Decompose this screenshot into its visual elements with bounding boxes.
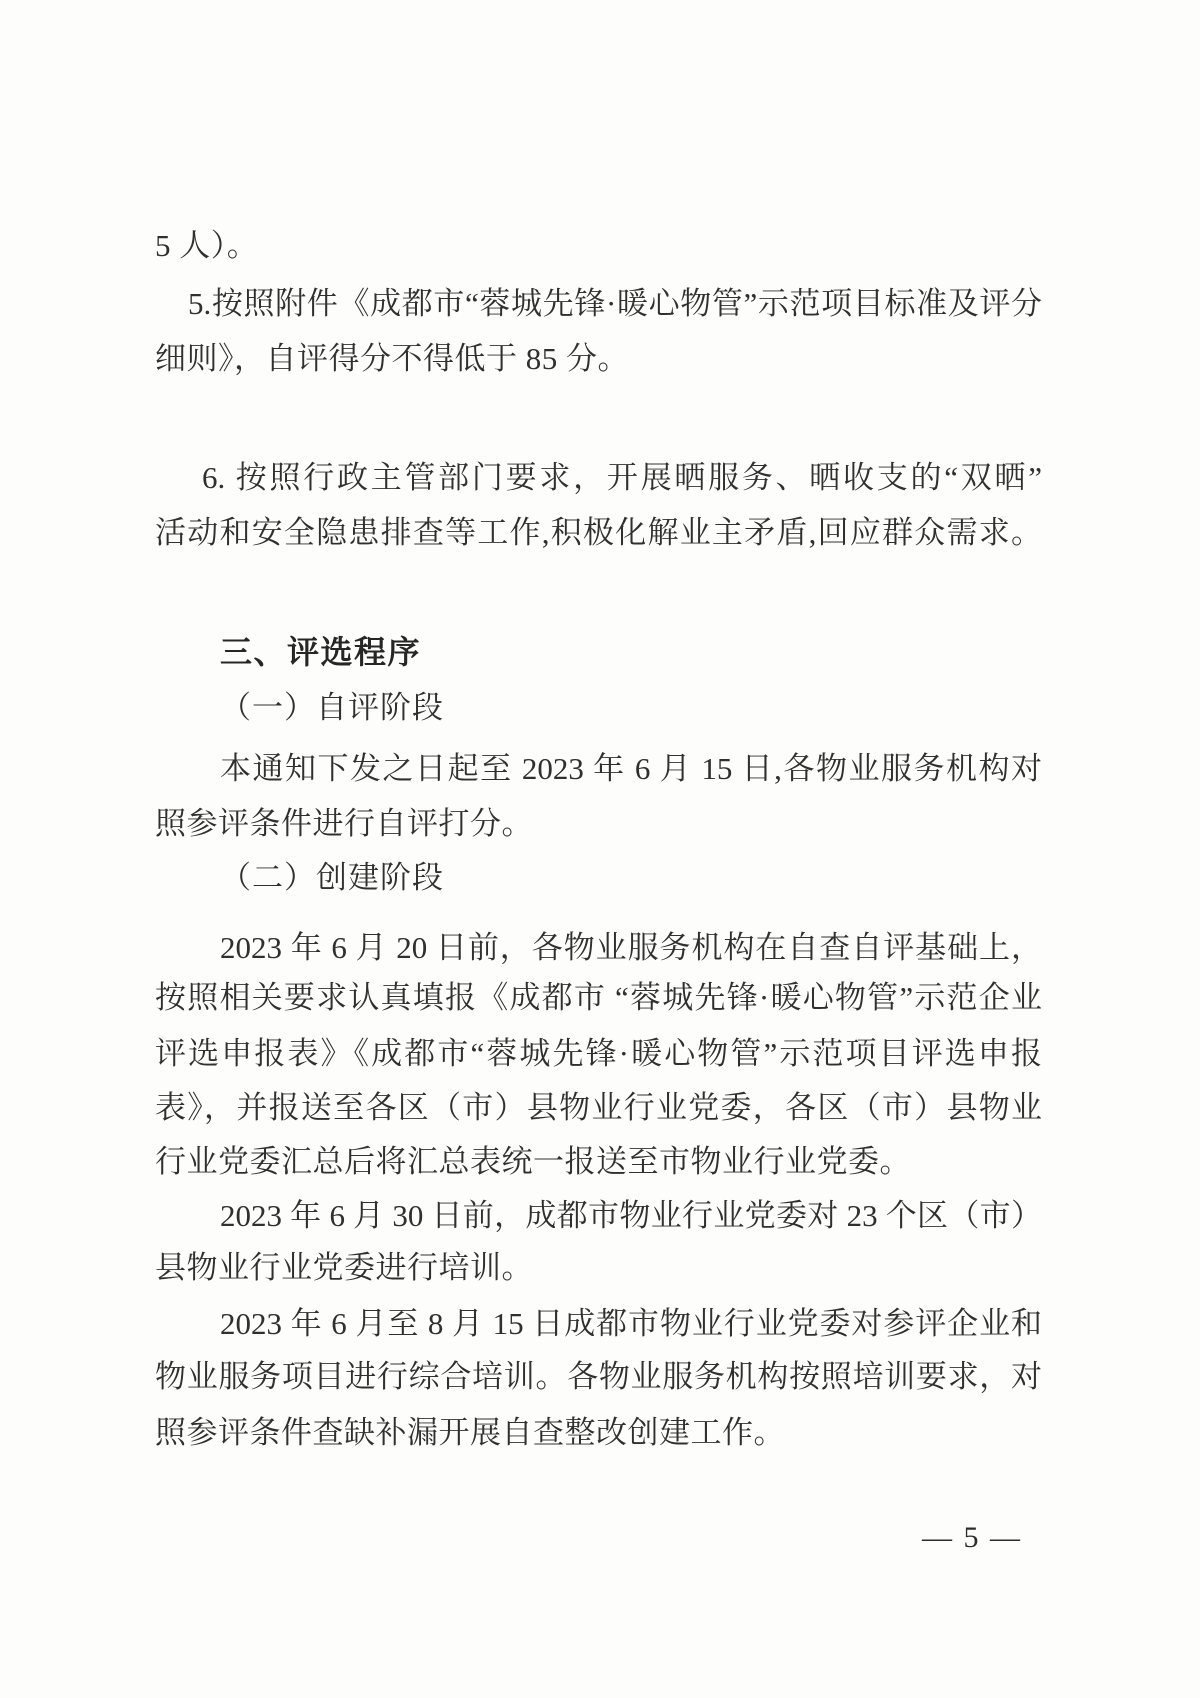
text-line: 按照相关要求认真填报《成都市 “蓉城先锋·暖心物管”示范企业 [155, 970, 1042, 1026]
text-line: 照参评条件进行自评打分。 [155, 796, 1042, 852]
text-line: 表》，并报送至各区（市）县物业行业党委，各区（市）县物业 [155, 1080, 1042, 1136]
text-line: 2023 年 6 月 20 日前，各物业服务机构在自查自评基础上， [155, 920, 1042, 976]
section-heading: 三、评选程序 [155, 624, 1042, 680]
subsection-heading: （一）自评阶段 [155, 680, 1042, 736]
text-line: 县物业行业党委进行培训。 [155, 1240, 1042, 1296]
text-line: 细则》，自评得分不得低于 85 分。 [155, 331, 1042, 387]
document-body: 5 人）。 5.按照附件《成都市“蓉城先锋·暖心物管”示范项目标准及评分 细则》… [155, 0, 1042, 1698]
text-line: 6. 按照行政主管部门要求，开展晒服务、晒收支的“双晒” [155, 450, 1042, 506]
text-line: 评选申报表》《成都市“蓉城先锋·暖心物管”示范项目评选申报 [155, 1026, 1042, 1082]
text-line: 活动和安全隐患排查等工作,积极化解业主矛盾,回应群众需求。 [155, 505, 1042, 561]
text-line: 2023 年 6 月 30 日前，成都市物业行业党委对 23 个区（市） [155, 1188, 1042, 1244]
page-number: — 5 — [922, 1516, 1022, 1560]
document-page: 5 人）。 5.按照附件《成都市“蓉城先锋·暖心物管”示范项目标准及评分 细则》… [0, 0, 1200, 1698]
text-line: 5.按照附件《成都市“蓉城先锋·暖心物管”示范项目标准及评分 [155, 276, 1042, 332]
text-line: 物业服务项目进行综合培训。各物业服务机构按照培训要求，对 [155, 1349, 1042, 1405]
text-line: 照参评条件查缺补漏开展自查整改创建工作。 [155, 1405, 1042, 1461]
text-line: 5 人）。 [155, 218, 1042, 274]
text-line: 行业党委汇总后将汇总表统一报送至市物业行业党委。 [155, 1134, 1042, 1190]
text-line: 2023 年 6 月至 8 月 15 日成都市物业行业党委对参评企业和 [155, 1296, 1042, 1352]
subsection-heading: （二）创建阶段 [155, 850, 1042, 906]
text-line: 本通知下发之日起至 2023 年 6 月 15 日,各物业服务机构对 [155, 741, 1042, 797]
